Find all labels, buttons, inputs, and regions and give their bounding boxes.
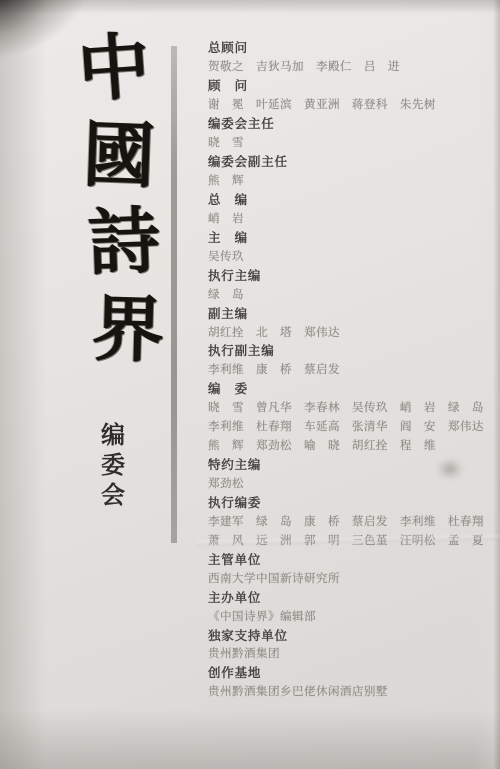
section-heading-row: 总 编 [208,190,494,209]
editorial-board-vertical-label: 编 委 会 [97,421,129,511]
section-heading-row: 主管单位 [208,549,494,568]
names-row: 西南大学中国新诗研究所 [208,568,494,587]
vertical-label-char: 委 [97,451,129,481]
calligraphy-char: 國 [64,109,175,200]
section-heading-row: 总顾问 [208,38,494,57]
section-heading-row: 执行主编 [208,265,494,284]
names-row: 吴传玖 [208,246,494,265]
names-row: 绿 岛 [208,284,494,303]
section-heading-row: 编委会主任 [208,114,494,133]
section-heading-row: 执行副主编 [208,341,494,360]
names-row: 贵州黔酒集团乡巴佬休闲酒店别墅 [208,682,494,701]
section-heading-row: 顾 问 [208,76,494,95]
vertical-label-char: 编 [97,421,129,451]
names-row: 《中国诗界》编辑部 [208,606,494,625]
names-row: 贺敬之 吉狄马加 李殿仁 吕 进 [208,57,494,76]
section-heading-row: 独家支持单位 [208,625,494,644]
names-row: 熊 辉 [208,171,494,190]
section-heading-row: 编 委 [208,379,494,398]
book-page-photo: 中 國 詩 界 编 委 会 总顾问贺敬之 吉狄马加 李殿仁 吕 进顾 问谢 冕 … [0,0,500,769]
names-row: 熊 辉 郑劲松 喻 晓 胡红拴 程 维 [208,436,494,455]
names-row: 晓 雪 [208,133,494,152]
calligraphy-title: 中 國 詩 界 [58,24,166,372]
names-row: 谢 冕 叶延滨 黄亚洲 蒋登科 朱先树 [208,95,494,114]
calligraphy-char: 詩 [69,196,180,287]
section-heading-row: 执行编委 [208,493,494,512]
editorial-board-list: 总顾问贺敬之 吉狄马加 李殿仁 吕 进顾 问谢 冕 叶延滨 黄亚洲 蒋登科 朱先… [208,38,494,701]
section-heading-row: 副主编 [208,303,494,322]
calligraphy-char: 界 [73,284,183,374]
section-heading-row: 编委会副主任 [208,152,494,171]
vertical-divider-rule [171,46,177,543]
section-heading-row: 主办单位 [208,587,494,606]
vertical-label-char: 会 [97,481,129,511]
calligraphy-char: 中 [57,20,171,114]
names-row: 李利维 康 桥 蔡启发 [208,360,494,379]
section-heading-row: 主 编 [208,227,494,246]
names-row: 李建军 绿 岛 康 桥 蔡启发 李利维 杜春翔 [208,511,494,530]
names-row: 晓 雪 曾凡华 李春林 吴传玖 峭 岩 绿 岛 [208,398,494,417]
section-heading-row: 创作基地 [208,663,494,682]
paper-smudge [436,458,464,480]
names-row: 贵州黔酒集团 [208,644,494,663]
names-row: 李利维 杜春翔 车延高 张清华 阎 安 郑伟达 [208,417,494,436]
names-row: 峭 岩 [208,208,494,227]
names-row: 胡红拴 北 塔 郑伟达 [208,322,494,341]
